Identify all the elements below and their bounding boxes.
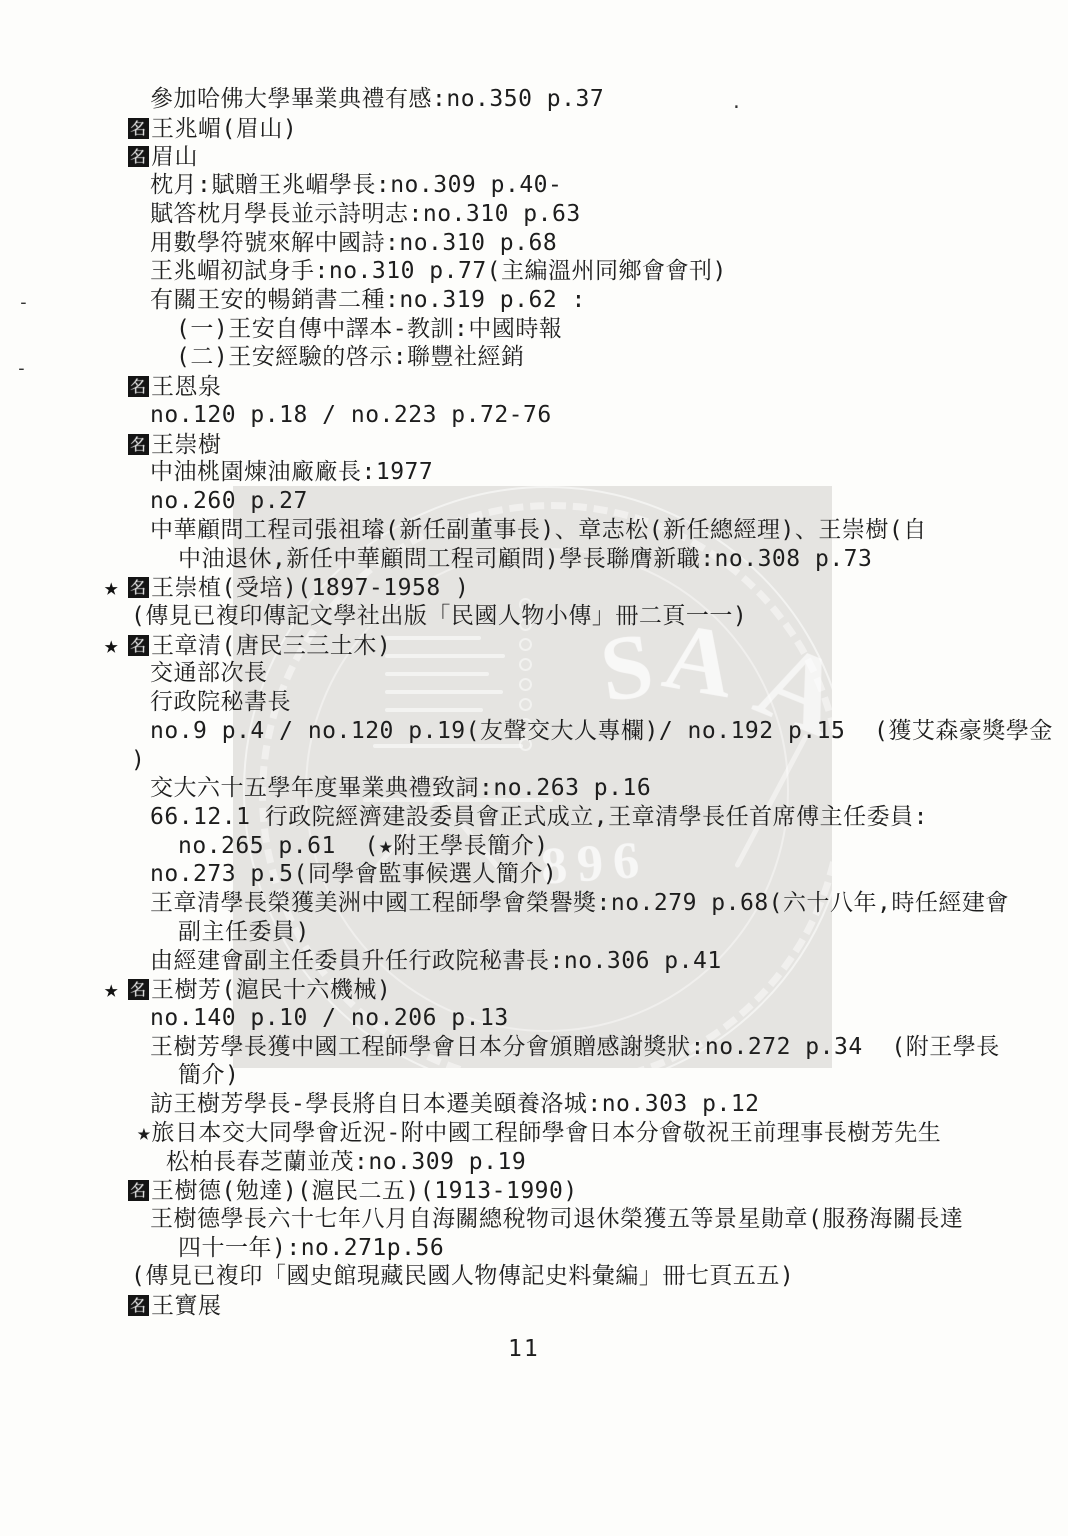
text-line: 枕月:賦贈王兆嵋學長:no.309 p.40- — [0, 171, 1068, 200]
entry-name: 王樹芳(滬民十六機械) — [151, 977, 391, 1003]
entry-name: 王樹德(勉達)(滬民二五)(1913-1990) — [151, 1178, 578, 1204]
inverted-glyph-square-icon: 名 — [128, 1295, 149, 1316]
star-icon: ★ — [104, 975, 128, 1004]
entry-header-line: ★名王崇樹 — [0, 430, 1068, 459]
text-line: 中華顧問工程司張祖璿(新任副董事長)、章志松(新任總經理)、王崇樹(自 — [0, 516, 1068, 545]
text-line: 中油退休,新任中華顧問工程司顧問)學長聯膺新職:no.308 p.73 — [0, 545, 1068, 574]
inverted-glyph-square-icon: 名 — [128, 979, 149, 1000]
directory-text-block: 參加哈佛大學畢業典禮有感:no.350 p.37★名王兆嵋(眉山)★名眉山枕月:… — [0, 85, 1068, 1320]
inverted-glyph-square-icon: 名 — [128, 376, 149, 397]
star-icon: ★ — [104, 631, 128, 660]
text-line: no.273 p.5(同學會監事候選人簡介) — [0, 860, 1068, 889]
document-page: S A A 896 參加哈佛大學畢業典禮有感:no.350 p.37★名王兆嵋(… — [0, 0, 1068, 1536]
text-line: ) — [0, 746, 1068, 775]
entry-header-line: ★名眉山 — [0, 142, 1068, 171]
text-line: 有關王安的暢銷書二種:no.319 p.62 : — [0, 286, 1068, 315]
scan-speck: ' — [250, 582, 261, 603]
text-line: no.9 p.4 / no.120 p.19(友聲交大人專欄)/ no.192 … — [0, 717, 1068, 746]
text-line: 行政院秘書長 — [0, 688, 1068, 717]
text-line: 四十一年):no.271p.56 — [0, 1234, 1068, 1263]
inverted-glyph-square-icon: 名 — [128, 577, 149, 598]
text-line: 參加哈佛大學畢業典禮有感:no.350 p.37 — [0, 85, 1068, 114]
inverted-glyph-square-icon: 名 — [128, 1180, 149, 1201]
text-line: 王兆嵋初試身手:no.310 p.77(主編溫州同鄉會會刊) — [0, 257, 1068, 286]
scan-speck: - — [16, 358, 27, 379]
text-line: no.265 p.61 (★附王學長簡介) — [0, 832, 1068, 861]
text-line: 由經建會副主任委員升任行政院秘書長:no.306 p.41 — [0, 947, 1068, 976]
text-line: 副主任委員) — [0, 918, 1068, 947]
entry-header-line: ★名王恩泉 — [0, 372, 1068, 401]
entry-name: 眉山 — [151, 144, 198, 170]
page-number: 11 — [508, 1336, 540, 1362]
entry-header-line: ★名王寶展 — [0, 1291, 1068, 1320]
text-line: 賦答枕月學長並示詩明志:no.310 p.63 — [0, 200, 1068, 229]
text-line: (傳見已複印「國史館現藏民國人物傳記史料彙編」冊七頁五五) — [0, 1262, 1068, 1291]
scan-speck: . — [731, 92, 742, 113]
entry-header-line: ★名王樹芳(滬民十六機械) — [0, 975, 1068, 1004]
text-line: (傳見已複印傳記文學社出版「民國人物小傳」冊二頁一一) — [0, 602, 1068, 631]
entry-header-line: ★名王章清(唐民三三土木) — [0, 631, 1068, 660]
entry-name: 王崇植(受培)(1897-1958 ) — [151, 575, 469, 601]
text-line: 66.12.1 行政院經濟建設委員會正式成立,王章清學長任首席傅主任委員: — [0, 803, 1068, 832]
text-line: 王樹德學長六十七年八月自海關總稅物司退休榮獲五等景星勛章(服務海關長達 — [0, 1205, 1068, 1234]
inverted-glyph-square-icon: 名 — [128, 635, 149, 656]
text-line: 用數學符號來解中國詩:no.310 p.68 — [0, 229, 1068, 258]
text-line: 松柏長春芝蘭並茂:no.309 p.19 — [0, 1148, 1068, 1177]
text-line: ★旅日本交大同學會近況-附中國工程師學會日本分會敬祝王前理事長樹芳先生 — [0, 1119, 1068, 1148]
entry-name: 王兆嵋(眉山) — [151, 116, 297, 142]
text-line: 中油桃園煉油廠廠長:1977 — [0, 458, 1068, 487]
star-icon: ★ — [104, 573, 128, 602]
text-line: 王樹芳學長獲中國工程師學會日本分會頒贈感謝獎狀:no.272 p.34 (附王學… — [0, 1033, 1068, 1062]
text-line: no.140 p.10 / no.206 p.13 — [0, 1004, 1068, 1033]
entry-header-line: ★名王兆嵋(眉山) — [0, 114, 1068, 143]
text-line: 交通部次長 — [0, 659, 1068, 688]
inverted-glyph-square-icon: 名 — [128, 434, 149, 455]
entry-name: 王崇樹 — [151, 432, 222, 458]
text-line: no.260 p.27 — [0, 487, 1068, 516]
entry-name: 王恩泉 — [151, 374, 222, 400]
text-line: 訪王樹芳學長-學長將自日本遷美頤養洛城:no.303 p.12 — [0, 1090, 1068, 1119]
text-line: no.120 p.18 / no.223 p.72-76 — [0, 401, 1068, 430]
text-line: (二)王安經驗的啓示:聯豐社經銷 — [0, 343, 1068, 372]
text-line: (一)王安自傳中譯本-教訓:中國時報 — [0, 315, 1068, 344]
entry-name: 王寶展 — [151, 1293, 222, 1319]
inverted-glyph-square-icon: 名 — [128, 146, 149, 167]
text-line: 交大六十五學年度畢業典禮致詞:no.263 p.16 — [0, 774, 1068, 803]
entry-header-line: ★名王崇植(受培)(1897-1958 ) — [0, 573, 1068, 602]
text-line: 簡介) — [0, 1061, 1068, 1090]
entry-name: 王章清(唐民三三土木) — [151, 633, 391, 659]
text-line: 王章清學長榮獲美洲中國工程師學會榮譽獎:no.279 p.68(六十八年,時任經… — [0, 889, 1068, 918]
scan-speck: - — [18, 292, 29, 313]
inverted-glyph-square-icon: 名 — [128, 118, 149, 139]
entry-header-line: ★名王樹德(勉達)(滬民二五)(1913-1990) — [0, 1176, 1068, 1205]
